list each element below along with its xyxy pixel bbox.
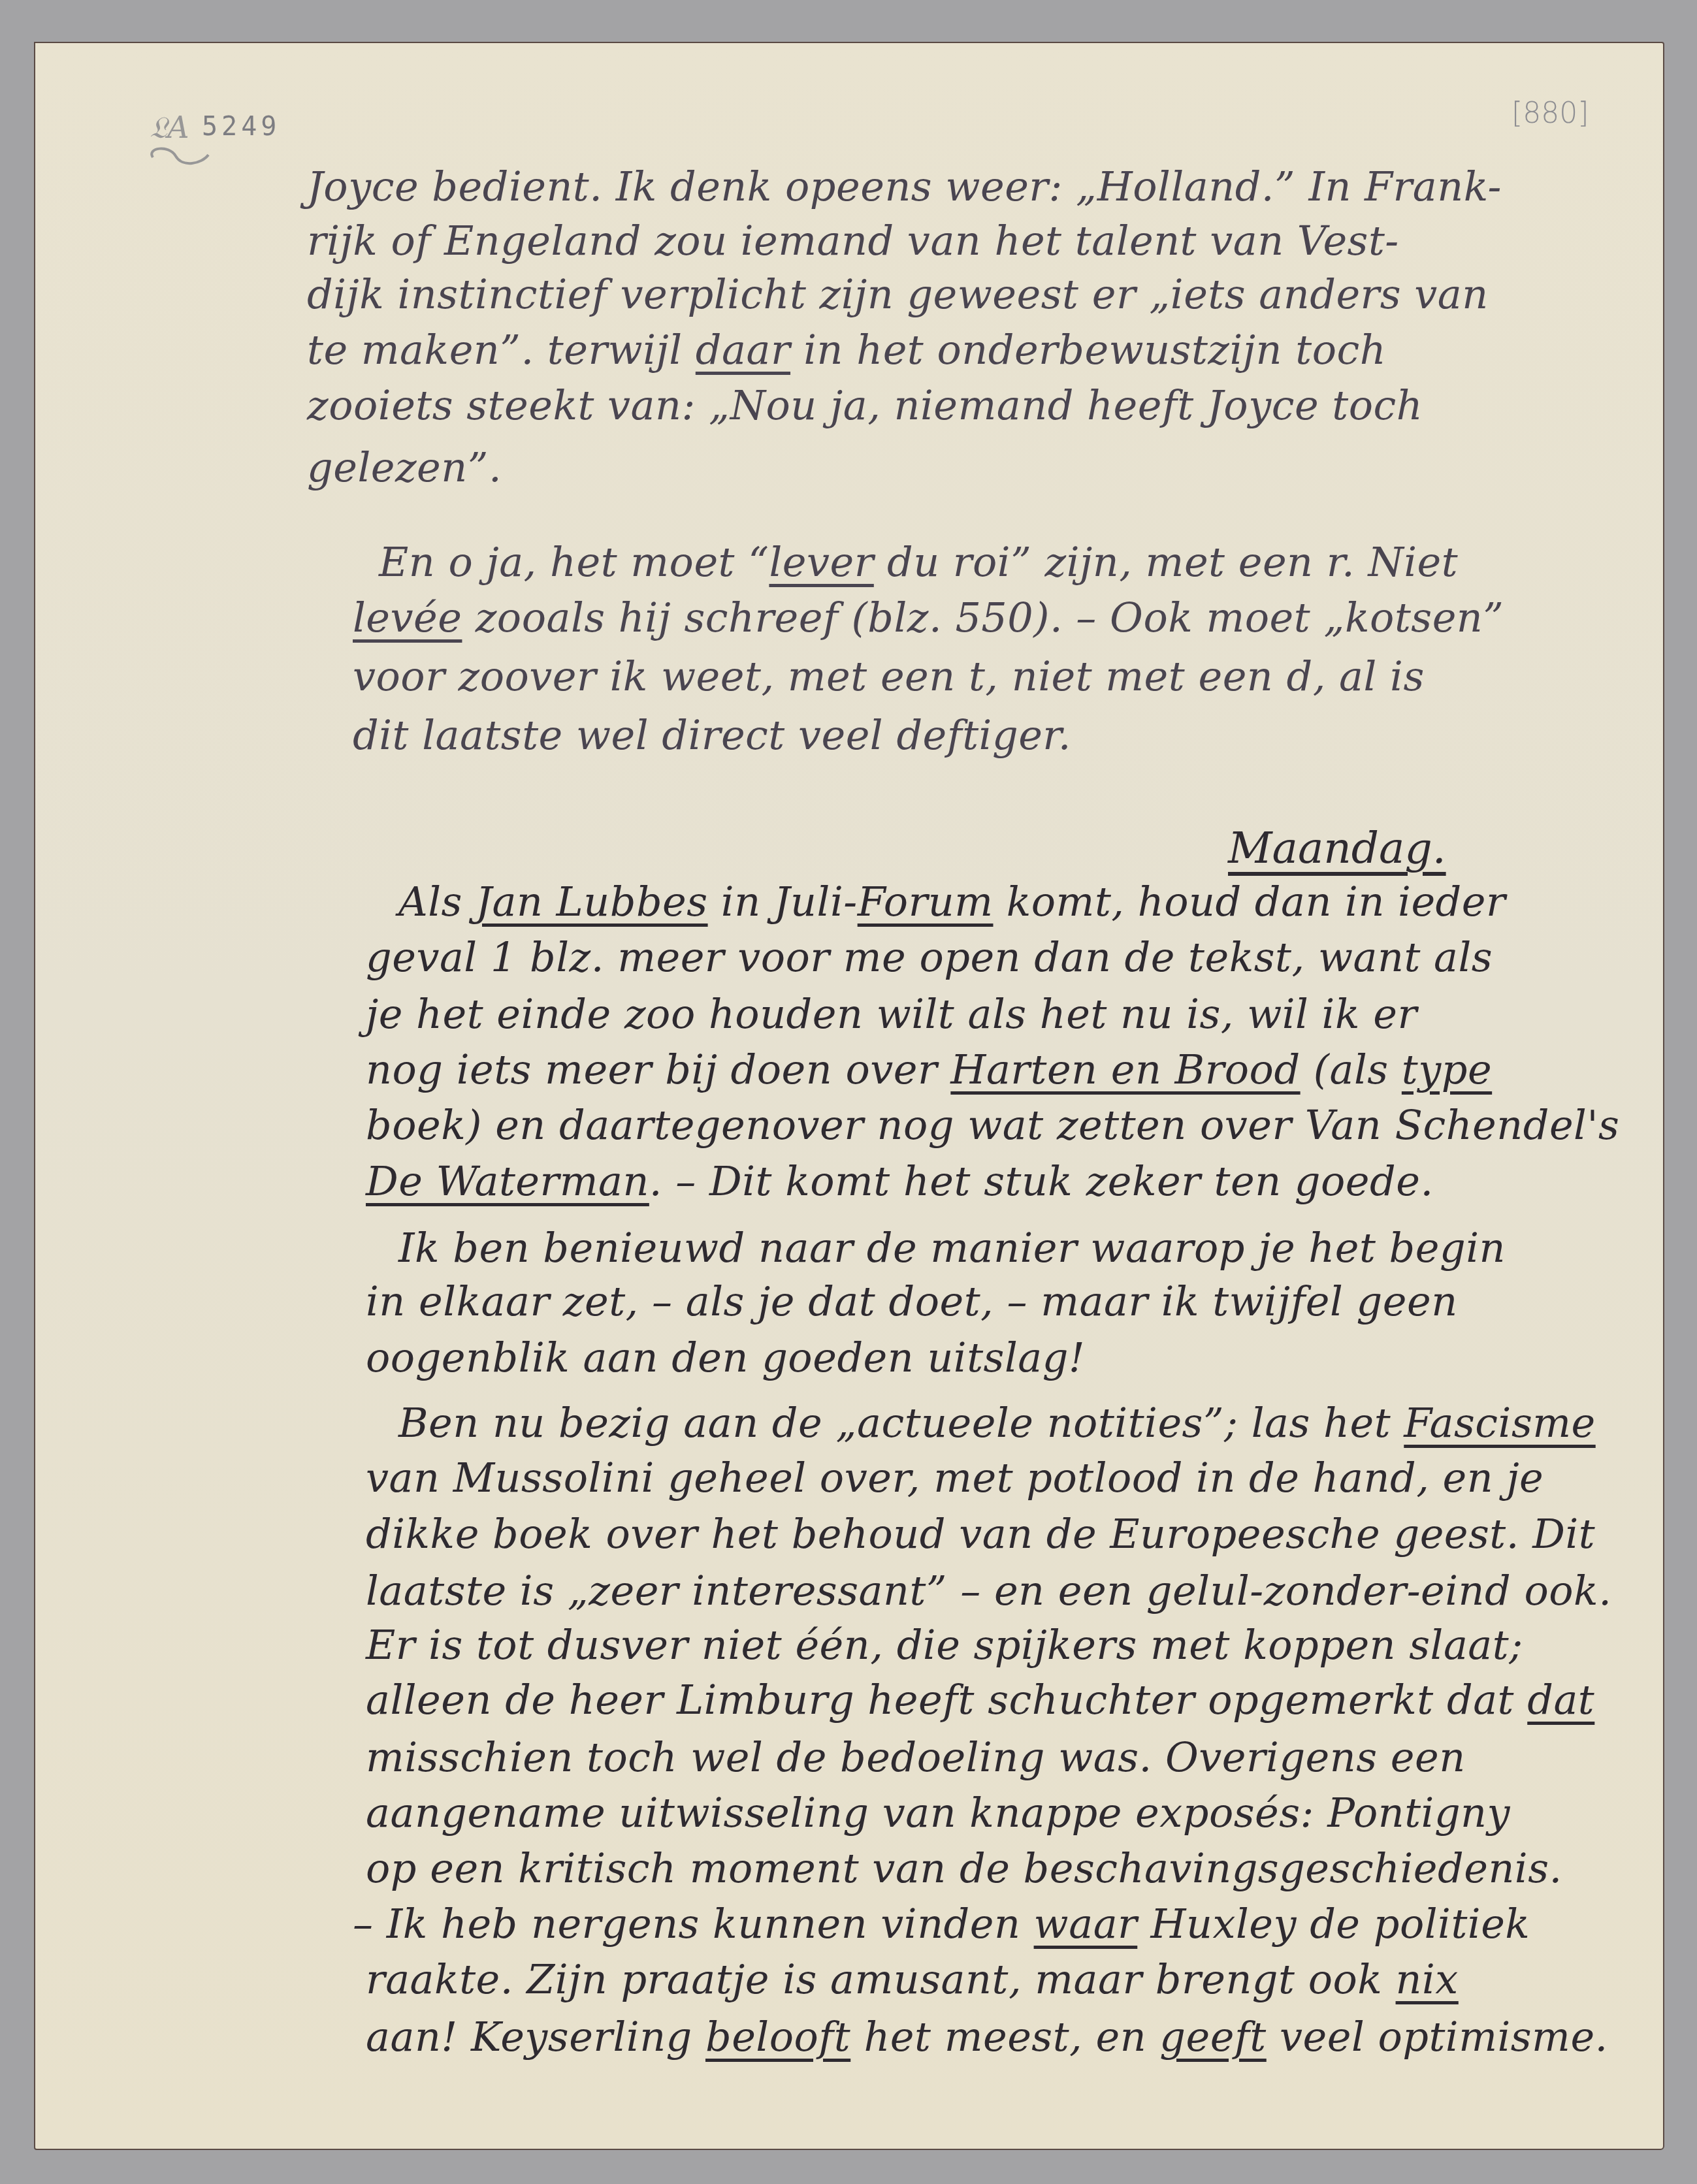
underlined-word: levée xyxy=(353,594,462,641)
page-reference: [880] xyxy=(1511,97,1589,130)
text-fragment: En o ja, het moet “ xyxy=(379,538,769,586)
text-line: gelezen”. xyxy=(307,447,502,488)
underlined-word: nix xyxy=(1396,1955,1459,2003)
text-line: dit laatste wel direct veel deftiger. xyxy=(353,715,1071,756)
text-fragment: zooals hij schreef (blz. 550). – Ook moe… xyxy=(462,594,1504,641)
text-line: in elkaar zet, – als je dat doet, – maar… xyxy=(366,1281,1458,1322)
text-fragment: . – Dit komt het stuk zeker ten goede. xyxy=(649,1157,1434,1205)
svg-text:𝔏A: 𝔏A xyxy=(150,110,189,145)
text-fragment: in Juli- xyxy=(708,878,858,925)
text-fragment: raakte. Zijn praatje is amusant, maar br… xyxy=(366,1955,1396,2003)
text-line: raakte. Zijn praatje is amusant, maar br… xyxy=(366,1959,1459,2000)
text-fragment: Ben nu bezig aan de „actueele notities”;… xyxy=(398,1399,1404,1447)
text-line: te maken”. terwijl daar in het onderbewu… xyxy=(307,330,1386,370)
text-fragment: Huxley de politiek xyxy=(1137,1900,1530,1948)
text-fragment: du roi” zijn, met een r. Niet xyxy=(874,538,1458,586)
day-heading: Maandag. xyxy=(1228,823,1446,873)
text-line: laatste is „zeer interessant” – en een g… xyxy=(366,1571,1611,1611)
archive-number: 5249 xyxy=(202,112,280,142)
text-line: alleen de heer Limburg heeft schuchter o… xyxy=(366,1680,1594,1720)
text-line: geval 1 blz. meer voor me open dan de te… xyxy=(366,937,1493,978)
text-line: boek) en daartegenover nog wat zetten ov… xyxy=(366,1105,1619,1146)
text-fragment: het meest, en xyxy=(850,2013,1159,2061)
text-fragment: veel optimisme. xyxy=(1267,2013,1608,2061)
text-line: zooiets steekt van: „Nou ja, niemand hee… xyxy=(307,385,1423,426)
text-fragment: aan! Keyserling xyxy=(366,2013,705,2061)
text-line: Ik ben benieuwd naar de manier waarop je… xyxy=(398,1228,1506,1268)
underlined-word: belooft xyxy=(705,2013,850,2061)
text-line: dikke boek over het behoud van de Europe… xyxy=(366,1514,1595,1554)
text-fragment: nog iets meer bij doen over xyxy=(366,1046,950,1093)
text-line: Joyce bedient. Ik denk opeens weer: „Hol… xyxy=(307,167,1502,207)
text-line: oogenblik aan den goeden uitslag! xyxy=(366,1338,1085,1378)
underlined-word: daar xyxy=(696,326,790,374)
text-fragment: komt, houd dan in ieder xyxy=(994,878,1506,925)
underlined-word: type xyxy=(1402,1046,1492,1093)
text-line: misschien toch wel de bedoeling was. Ove… xyxy=(366,1737,1466,1778)
underlined-word: lever xyxy=(769,538,873,586)
text-fragment: in het onderbewustzijn toch xyxy=(790,326,1386,374)
underlined-word: geeft xyxy=(1159,2013,1266,2061)
text-line: Als Jan Lubbes in Juli-Forum komt, houd … xyxy=(398,882,1506,922)
text-line: rijk of Engeland zou iemand van het tale… xyxy=(307,221,1399,261)
text-line: op een kritisch moment van de beschaving… xyxy=(366,1848,1562,1889)
text-fragment: alleen de heer Limburg heeft schuchter o… xyxy=(366,1676,1527,1724)
text-line: levée zooals hij schreef (blz. 550). – O… xyxy=(353,598,1504,638)
underlined-word: dat xyxy=(1527,1676,1594,1724)
text-line: – Ik heb nergens kunnen vinden waar Huxl… xyxy=(353,1904,1530,1944)
text-line: Ben nu bezig aan de „actueele notities”;… xyxy=(398,1403,1596,1443)
underlined-word: Fascisme xyxy=(1404,1399,1595,1447)
text-line: je het einde zoo houden wilt als het nu … xyxy=(366,994,1417,1035)
text-fragment: – Ik heb nergens kunnen vinden xyxy=(353,1900,1034,1948)
text-line: En o ja, het moet “lever du roi” zijn, m… xyxy=(379,542,1458,583)
underlined-word: Harten en Brood xyxy=(950,1046,1300,1093)
underlined-word: Forum xyxy=(858,878,994,925)
text-line: Er is tot dusver niet één, die spijkers … xyxy=(366,1625,1523,1665)
text-line: nog iets meer bij doen over Harten en Br… xyxy=(366,1050,1492,1090)
underlined-word: waar xyxy=(1034,1900,1138,1948)
underlined-word: Jan Lubbes xyxy=(476,878,707,925)
text-fragment: te maken”. terwijl xyxy=(307,326,696,374)
text-line: De Waterman. – Dit komt het stuk zeker t… xyxy=(366,1161,1434,1202)
text-line: voor zoover ik weet, met een t, niet met… xyxy=(353,656,1425,697)
text-fragment: Als xyxy=(398,878,476,925)
text-line: aan! Keyserling belooft het meest, en ge… xyxy=(366,2017,1608,2057)
text-line: van Mussolini geheel over, met potlood i… xyxy=(366,1458,1543,1498)
text-line: aangename uitwisseling van knappe exposé… xyxy=(366,1793,1510,1833)
text-fragment: (als xyxy=(1301,1046,1402,1093)
text-line: dijk instinctief verplicht zijn geweest … xyxy=(307,274,1489,315)
underlined-word: De Waterman xyxy=(366,1157,649,1205)
